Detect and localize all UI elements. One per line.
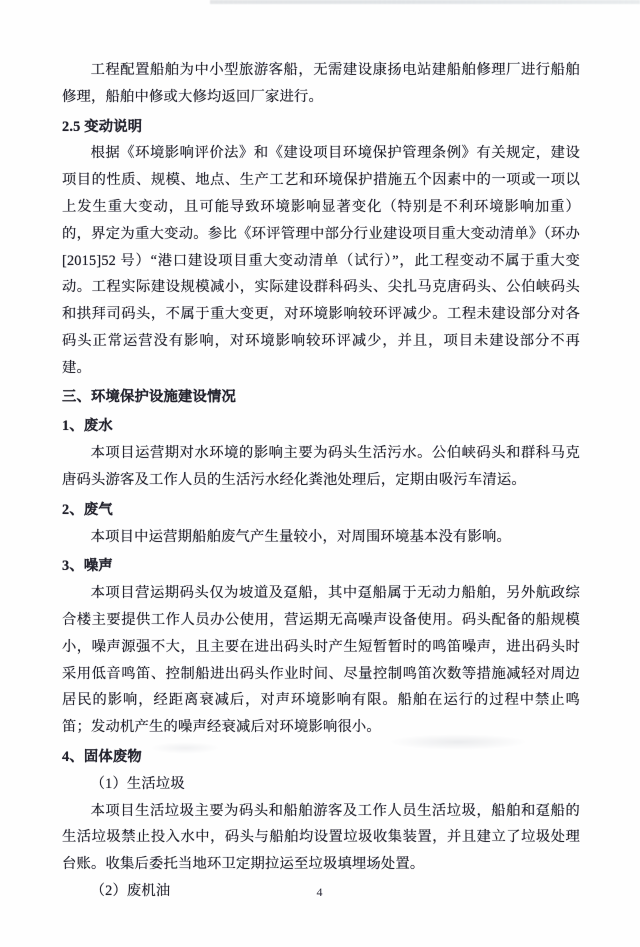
scan-edge-artifact	[210, 0, 640, 4]
paragraph-waste-gas: 本项目中运营期船舶废气产生量较小，对周围环境基本没有影响。	[62, 524, 580, 551]
paragraph-ship-config: 工程配置船舶为中小型旅游客船，无需建设康扬电站建船舶修理厂进行船舶修理，船舶中修…	[62, 57, 580, 111]
heading-section-3-env-protection-facilities: 三、环境保护设施建设情况	[62, 384, 580, 411]
heading-3-noise: 3、噪声	[62, 553, 580, 580]
heading-4-solid-waste: 4、固体废物	[62, 744, 580, 771]
paragraph-wastewater: 本项目运营期对水环境的影响主要为码头生活污水。公伯峡码头和群科马克唐码头游客及工…	[62, 440, 580, 494]
paragraph-noise: 本项目营运期码头仅为坡道及趸船，其中趸船属于无动力船舶，另外航政综合楼主要提供工…	[62, 580, 580, 741]
heading-1-wastewater: 1、废水	[62, 413, 580, 440]
document-body: 工程配置船舶为中小型旅游客船，无需建设康扬电站建船舶修理厂进行船舶修理，船舶中修…	[62, 57, 580, 905]
scanned-document-page: 工程配置船舶为中小型旅游客船，无需建设康扬电站建船舶修理厂进行船舶修理，船舶中修…	[0, 0, 640, 947]
heading-2-5-change-note: 2.5 变动说明	[62, 114, 580, 141]
heading-2-waste-gas: 2、废气	[62, 497, 580, 524]
subheading-1-domestic-garbage: （1）生活垃圾	[62, 771, 580, 798]
paragraph-domestic-garbage: 本项目生活垃圾主要为码头和船舶游客及工作人员生活垃圾，船舶和趸船的生活垃圾禁止投…	[62, 798, 580, 878]
paragraph-change-analysis: 根据《环境影响评价法》和《建设项目环境保护管理条例》有关规定，建设项目的性质、规…	[62, 140, 580, 381]
page-number: 4	[0, 885, 640, 900]
